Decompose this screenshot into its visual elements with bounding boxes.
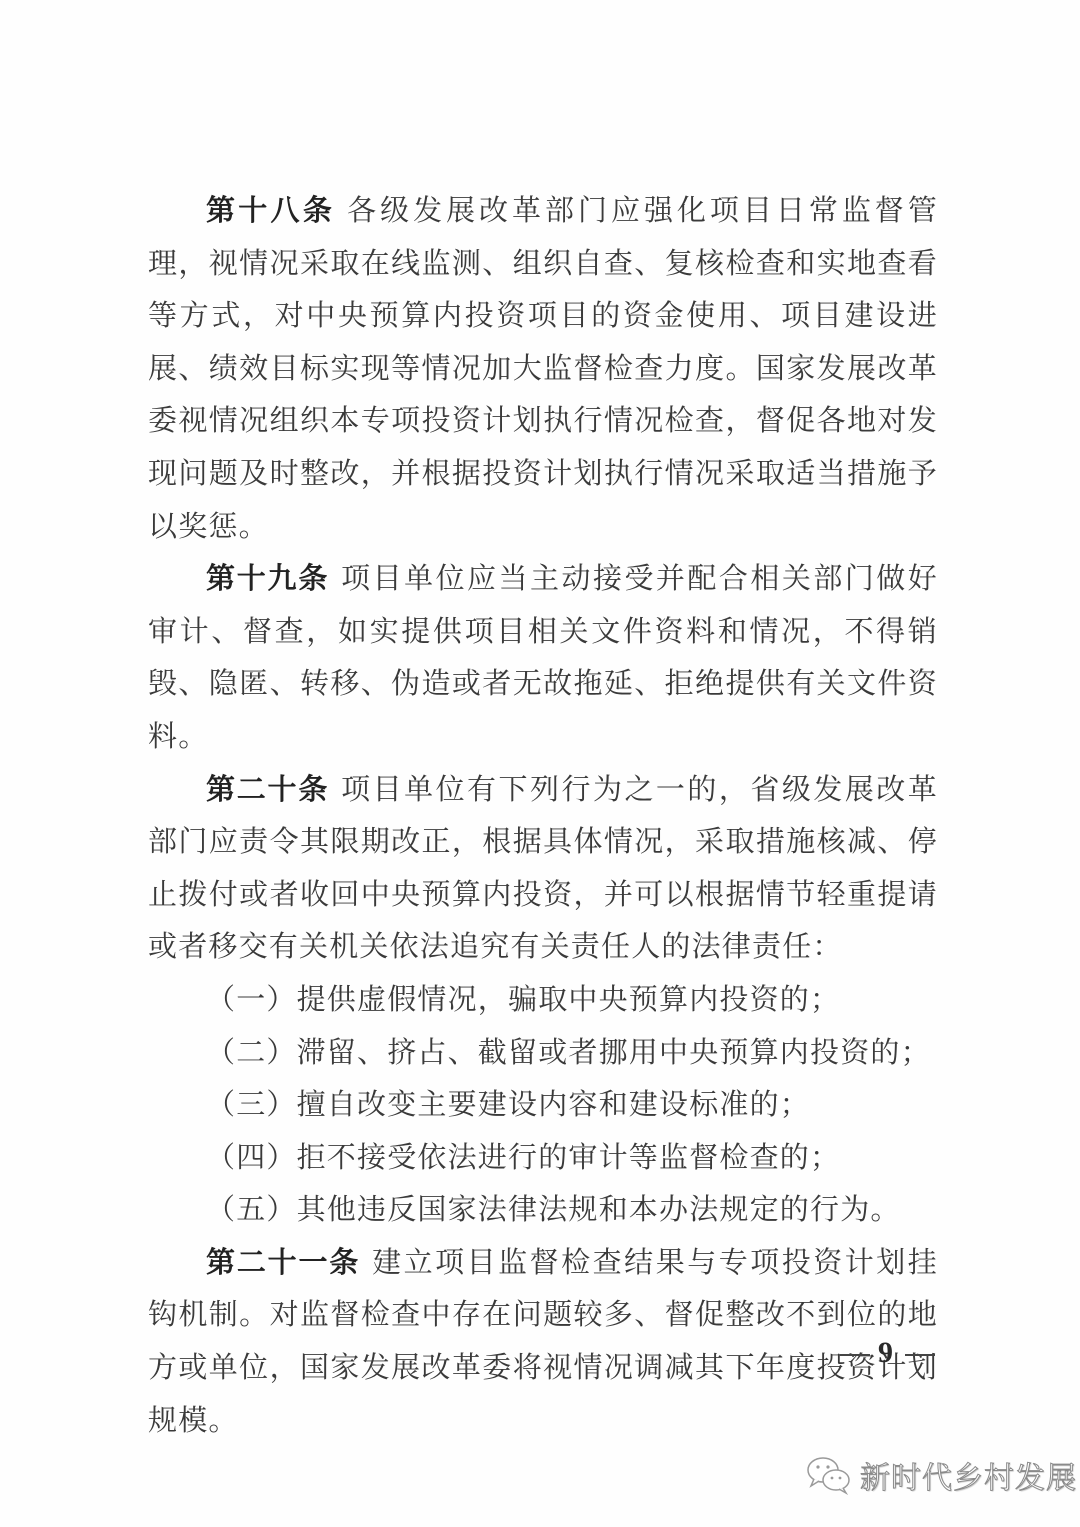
list-item: （五）其他违反国家法律法规和本办法规定的行为。 xyxy=(148,1183,938,1236)
list-item: （三）擅自改变主要建设内容和建设标准的； xyxy=(148,1078,938,1131)
article-number: 第十八条 xyxy=(206,193,335,227)
document-body: 第十八条各级发展改革部门应强化项目日常监督管理，视情况采取在线监测、组织自查、复… xyxy=(148,184,938,1446)
dash-left xyxy=(840,1354,870,1356)
list-item: （一）提供虚假情况，骗取中央预算内投资的； xyxy=(148,973,938,1026)
list-item: （二）滞留、挤占、截留或者挪用中央预算内投资的； xyxy=(148,1026,938,1079)
wechat-icon xyxy=(806,1455,852,1495)
document-page: 第十八条各级发展改革部门应强化项目日常监督管理，视情况采取在线监测、组织自查、复… xyxy=(0,0,1080,1527)
page-number-value: 9 xyxy=(878,1336,897,1369)
dash-right xyxy=(905,1354,935,1356)
article-number: 第二十一条 xyxy=(206,1245,360,1279)
article-number: 第二十条 xyxy=(206,772,329,806)
article-19: 第十九条项目单位应当主动接受并配合相关部门做好审计、督查，如实提供项目相关文件资… xyxy=(148,552,938,762)
article-text: 各级发展改革部门应强化项目日常监督管理，视情况采取在线监测、组织自查、复核检查和… xyxy=(148,193,938,543)
article-18: 第十八条各级发展改革部门应强化项目日常监督管理，视情况采取在线监测、组织自查、复… xyxy=(148,184,938,552)
article-21: 第二十一条建立项目监督检查结果与专项投资计划挂钩机制。对监督检查中存在问题较多、… xyxy=(148,1236,938,1446)
list-item: （四）拒不接受依法进行的审计等监督检查的； xyxy=(148,1131,938,1184)
article-number: 第十九条 xyxy=(206,561,329,595)
article-20: 第二十条项目单位有下列行为之一的，省级发展改革部门应责令其限期改正，根据具体情况… xyxy=(148,763,938,973)
watermark-text: 新时代乡村发展 xyxy=(860,1453,1077,1497)
watermark: 新时代乡村发展 xyxy=(806,1453,1077,1497)
page-number: 9 xyxy=(832,1336,943,1370)
